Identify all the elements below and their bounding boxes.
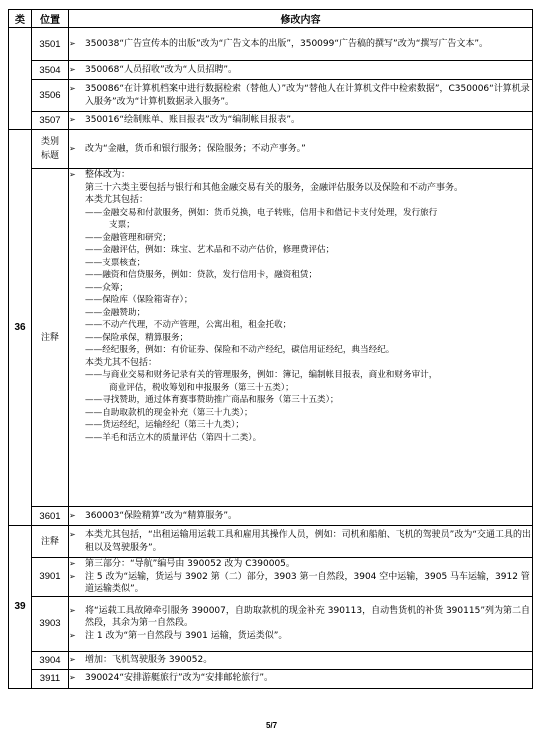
class-cell-35 bbox=[9, 28, 32, 130]
table-row: 39 注释 ➢本类尤其包括，“出租运输用运载工具和雇用其操作人员，例如：司机和船… bbox=[9, 526, 533, 558]
position-cell: 3507 bbox=[32, 112, 69, 130]
arrow-bullet-icon: ➢ bbox=[69, 169, 85, 182]
class-cell-39: 39 bbox=[9, 526, 32, 689]
content-cell: ➢350016“绘制账单、账目报表”改为“编制帐目报表”。 bbox=[69, 112, 533, 130]
content-cell: ➢本类尤其包括，“出租运输用运载工具和雇用其操作人员，例如：司机和船舶、飞机的驾… bbox=[69, 526, 533, 558]
list-item: ➢350068“人员招收”改为“人员招聘”。 bbox=[69, 64, 532, 77]
list-item: ➢注 5 改为“运输，货运与 3902 第（二）部分，3903 第一自然段，39… bbox=[69, 571, 532, 596]
content-cell: ➢改为“金融，货币和银行服务；保险服务；不动产事务。” bbox=[69, 130, 533, 169]
list-item: ➢350038“广告宣传本的出版”改为“广告文本的出版”，350099“广告稿的… bbox=[69, 38, 532, 51]
exclude-item-cont: 商业评估，税收筹划和申报服务（第三十五类）； bbox=[69, 382, 532, 395]
list-item: ➢360003“保险精算”改为“精算服务”。 bbox=[69, 510, 532, 523]
include-item: ——金融交易和付款服务，例如：货币兑换，电子转账，信用卡和借记卡支付处理，发行旅… bbox=[69, 207, 532, 220]
content-cell: ➢第三部分：“导航”编号由 390052 改为 C390005。 ➢注 5 改为… bbox=[69, 558, 533, 597]
position-cell: 3903 bbox=[32, 596, 69, 651]
arrow-bullet-icon: ➢ bbox=[69, 510, 85, 523]
list-item: ➢改为“金融，货币和银行服务；保险服务；不动产事务。” bbox=[69, 143, 532, 156]
amendment-table: 类 位置 修改内容 3501 ➢350038“广告宣传本的出版”改为“广告文本的… bbox=[8, 9, 533, 689]
include-item: ——保险承保，精算服务； bbox=[69, 332, 532, 345]
include-item: ——金融评估，例如：珠宝、艺术品和不动产估价，修理费评估； bbox=[69, 244, 532, 257]
position-cell: 3506 bbox=[32, 80, 69, 112]
table-row: 3601 ➢360003“保险精算”改为“精算服务”。 bbox=[9, 507, 533, 526]
content-cell: ➢360003“保险精算”改为“精算服务”。 bbox=[69, 507, 533, 526]
arrow-bullet-icon: ➢ bbox=[69, 529, 85, 542]
exclude-item: ——货运经纪，运输经纪（第三十九类）； bbox=[69, 419, 532, 432]
content-cell: ➢350038“广告宣传本的出版”改为“广告文本的出版”，350099“广告稿的… bbox=[69, 28, 533, 61]
content-cell: ➢350068“人员招收”改为“人员招聘”。 bbox=[69, 61, 533, 80]
include-item: ——不动产代理，不动产管理，公寓出租，租金托收； bbox=[69, 319, 532, 332]
table-row: 36 类别标题 ➢改为“金融，货币和银行服务；保险服务；不动产事务。” bbox=[9, 130, 533, 169]
list-item: ➢注 1 改为“第一自然段与 3901 运输，货运类似”。 bbox=[69, 630, 532, 643]
page-number: 5/7 bbox=[0, 721, 543, 730]
include-item: ——众筹； bbox=[69, 282, 532, 295]
arrow-bullet-icon: ➢ bbox=[69, 672, 85, 685]
include-item: ——融资和信贷服务，例如：贷款，发行信用卡，融资租赁； bbox=[69, 269, 532, 282]
arrow-bullet-icon: ➢ bbox=[69, 83, 85, 96]
table-row: 3904 ➢增加：飞机驾驶服务 390052。 bbox=[9, 651, 533, 669]
header-class: 类 bbox=[9, 10, 32, 28]
position-cell: 3911 bbox=[32, 669, 69, 688]
list-item: ➢增加：飞机驾驶服务 390052。 bbox=[69, 654, 532, 667]
arrow-bullet-icon: ➢ bbox=[69, 38, 85, 51]
table-row: 3506 ➢350086“在计算机档案中进行数据检索（替他人）”改为“替他人在计… bbox=[9, 80, 533, 112]
table-row: 3911 ➢390024“安排游艇旅行”改为“安排邮轮旅行”。 bbox=[9, 669, 533, 688]
list-item: ➢整体改为： bbox=[69, 169, 532, 182]
list-item: ➢390024“安排游艇旅行”改为“安排邮轮旅行”。 bbox=[69, 672, 532, 685]
arrow-bullet-icon: ➢ bbox=[69, 571, 85, 584]
excludes-title: 本类尤其不包括： bbox=[69, 357, 532, 370]
includes-title: 本类尤其包括： bbox=[69, 194, 532, 207]
arrow-bullet-icon: ➢ bbox=[69, 114, 85, 127]
position-cell: 3501 bbox=[32, 28, 69, 61]
include-item: ——保险库（保险箱寄存）； bbox=[69, 294, 532, 307]
content-cell: ➢350086“在计算机档案中进行数据检索（替他人）”改为“替他人在计算机文件中… bbox=[69, 80, 533, 112]
list-item: ➢350086“在计算机档案中进行数据检索（替他人）”改为“替他人在计算机文件中… bbox=[69, 83, 532, 108]
position-cell: 3504 bbox=[32, 61, 69, 80]
header-content: 修改内容 bbox=[69, 10, 533, 28]
exclude-item: ——羊毛和活立木的质量评估（第四十二类）。 bbox=[69, 432, 532, 445]
position-cell: 注释 bbox=[32, 169, 69, 507]
include-item: ——经纪服务，例如：有价证券、保险和不动产经纪，碳信用证经纪，典当经纪。 bbox=[69, 344, 532, 357]
table-row: 3903 ➢将“运载工具故障牵引服务 390007，自助取款机的现金补充 390… bbox=[9, 596, 533, 651]
arrow-bullet-icon: ➢ bbox=[69, 64, 85, 77]
list-item: ➢350016“绘制账单、账目报表”改为“编制帐目报表”。 bbox=[69, 114, 532, 127]
include-item: ——金融管理和研究； bbox=[69, 232, 532, 245]
content-cell: ➢将“运载工具故障牵引服务 390007，自助取款机的现金补充 390113，自… bbox=[69, 596, 533, 651]
table-row: 注释 ➢整体改为： 第三十六类主要包括与银行和其他金融交易有关的服务，金融评估服… bbox=[9, 169, 533, 507]
position-cell: 注释 bbox=[32, 526, 69, 558]
include-item: ——支票核查； bbox=[69, 257, 532, 270]
list-item: ➢第三部分：“导航”编号由 390052 改为 C390005。 bbox=[69, 558, 532, 571]
include-item-cont: 支票； bbox=[69, 219, 532, 232]
include-item: ——金融赞助； bbox=[69, 307, 532, 320]
exclude-item: ——自助取款机的现金补充（第三十九类）； bbox=[69, 407, 532, 420]
table-header-row: 类 位置 修改内容 bbox=[9, 10, 533, 28]
content-cell: ➢增加：飞机驾驶服务 390052。 bbox=[69, 651, 533, 669]
arrow-bullet-icon: ➢ bbox=[69, 143, 85, 156]
table-row: 3504 ➢350068“人员招收”改为“人员招聘”。 bbox=[9, 61, 533, 80]
arrow-bullet-icon: ➢ bbox=[69, 654, 85, 667]
position-cell: 3904 bbox=[32, 651, 69, 669]
position-cell: 类别标题 bbox=[32, 130, 69, 169]
position-cell: 3601 bbox=[32, 507, 69, 526]
list-item: ➢本类尤其包括，“出租运输用运载工具和雇用其操作人员，例如：司机和船舶、飞机的驾… bbox=[69, 529, 532, 554]
arrow-bullet-icon: ➢ bbox=[69, 558, 85, 571]
table-row: 3501 ➢350038“广告宣传本的出版”改为“广告文本的出版”，350099… bbox=[9, 28, 533, 61]
list-item: ➢将“运载工具故障牵引服务 390007，自助取款机的现金补充 390113，自… bbox=[69, 605, 532, 630]
header-position: 位置 bbox=[32, 10, 69, 28]
position-cell: 3901 bbox=[32, 558, 69, 597]
exclude-item: ——寻找赞助，通过体育赛事赞助推广商品和服务（第三十五类）； bbox=[69, 394, 532, 407]
arrow-bullet-icon: ➢ bbox=[69, 630, 85, 643]
note-intro: 第三十六类主要包括与银行和其他金融交易有关的服务，金融评估服务以及保险和不动产事… bbox=[69, 182, 532, 195]
table-row: 3507 ➢350016“绘制账单、账目报表”改为“编制帐目报表”。 bbox=[9, 112, 533, 130]
table-row: 3901 ➢第三部分：“导航”编号由 390052 改为 C390005。 ➢注… bbox=[9, 558, 533, 597]
exclude-item: ——与商业交易和财务记录有关的管理服务，例如：簿记，编制帐目报表，商业和财务审计… bbox=[69, 369, 532, 382]
content-cell: ➢390024“安排游艇旅行”改为“安排邮轮旅行”。 bbox=[69, 669, 533, 688]
class-cell-36: 36 bbox=[9, 130, 32, 526]
arrow-bullet-icon: ➢ bbox=[69, 605, 85, 618]
content-cell: ➢整体改为： 第三十六类主要包括与银行和其他金融交易有关的服务，金融评估服务以及… bbox=[69, 169, 533, 507]
